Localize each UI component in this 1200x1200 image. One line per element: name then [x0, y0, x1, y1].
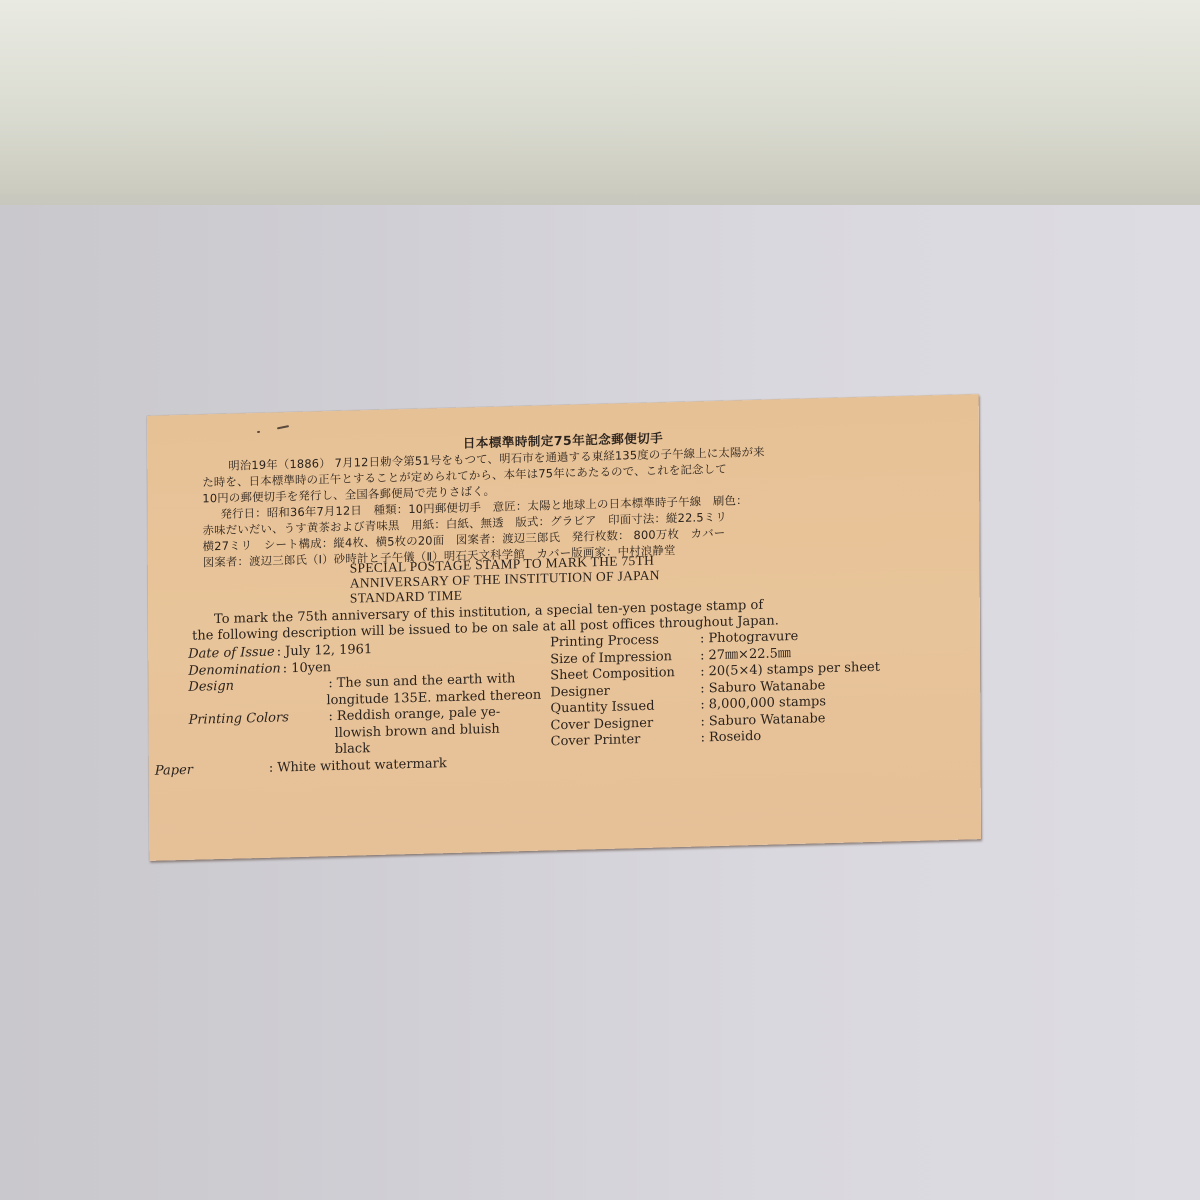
background-wall	[0, 0, 1200, 205]
spec-value: Saburo Watanabe	[709, 711, 826, 731]
spec-label: Cover Printer	[551, 731, 699, 751]
dust-speck	[277, 425, 289, 429]
jp-description: 明治19年（1886） 7月12日勅令第51号をもつて、明石市を通過する東経13…	[202, 440, 902, 570]
stamp-info-card: 日本標準時制定75年記念郵便切手 明治19年（1886） 7月12日勅令第51号…	[147, 394, 981, 861]
dust-speck	[257, 431, 260, 433]
specs-right: Printing Process : Photogravure Size of …	[550, 624, 970, 751]
spec-value: July 12, 1961	[285, 642, 372, 661]
spec-label: Paper	[155, 761, 267, 779]
specs-left: Date of Issue : July 12, 1961 Denominati…	[188, 637, 548, 762]
spec-value: 10yen	[291, 660, 331, 678]
en-title: SPECIAL POSTAGE STAMP TO MARK THE 75TH A…	[350, 552, 660, 605]
spec-value: Roseido	[709, 729, 761, 747]
spec-value: White without watermark	[277, 756, 447, 775]
